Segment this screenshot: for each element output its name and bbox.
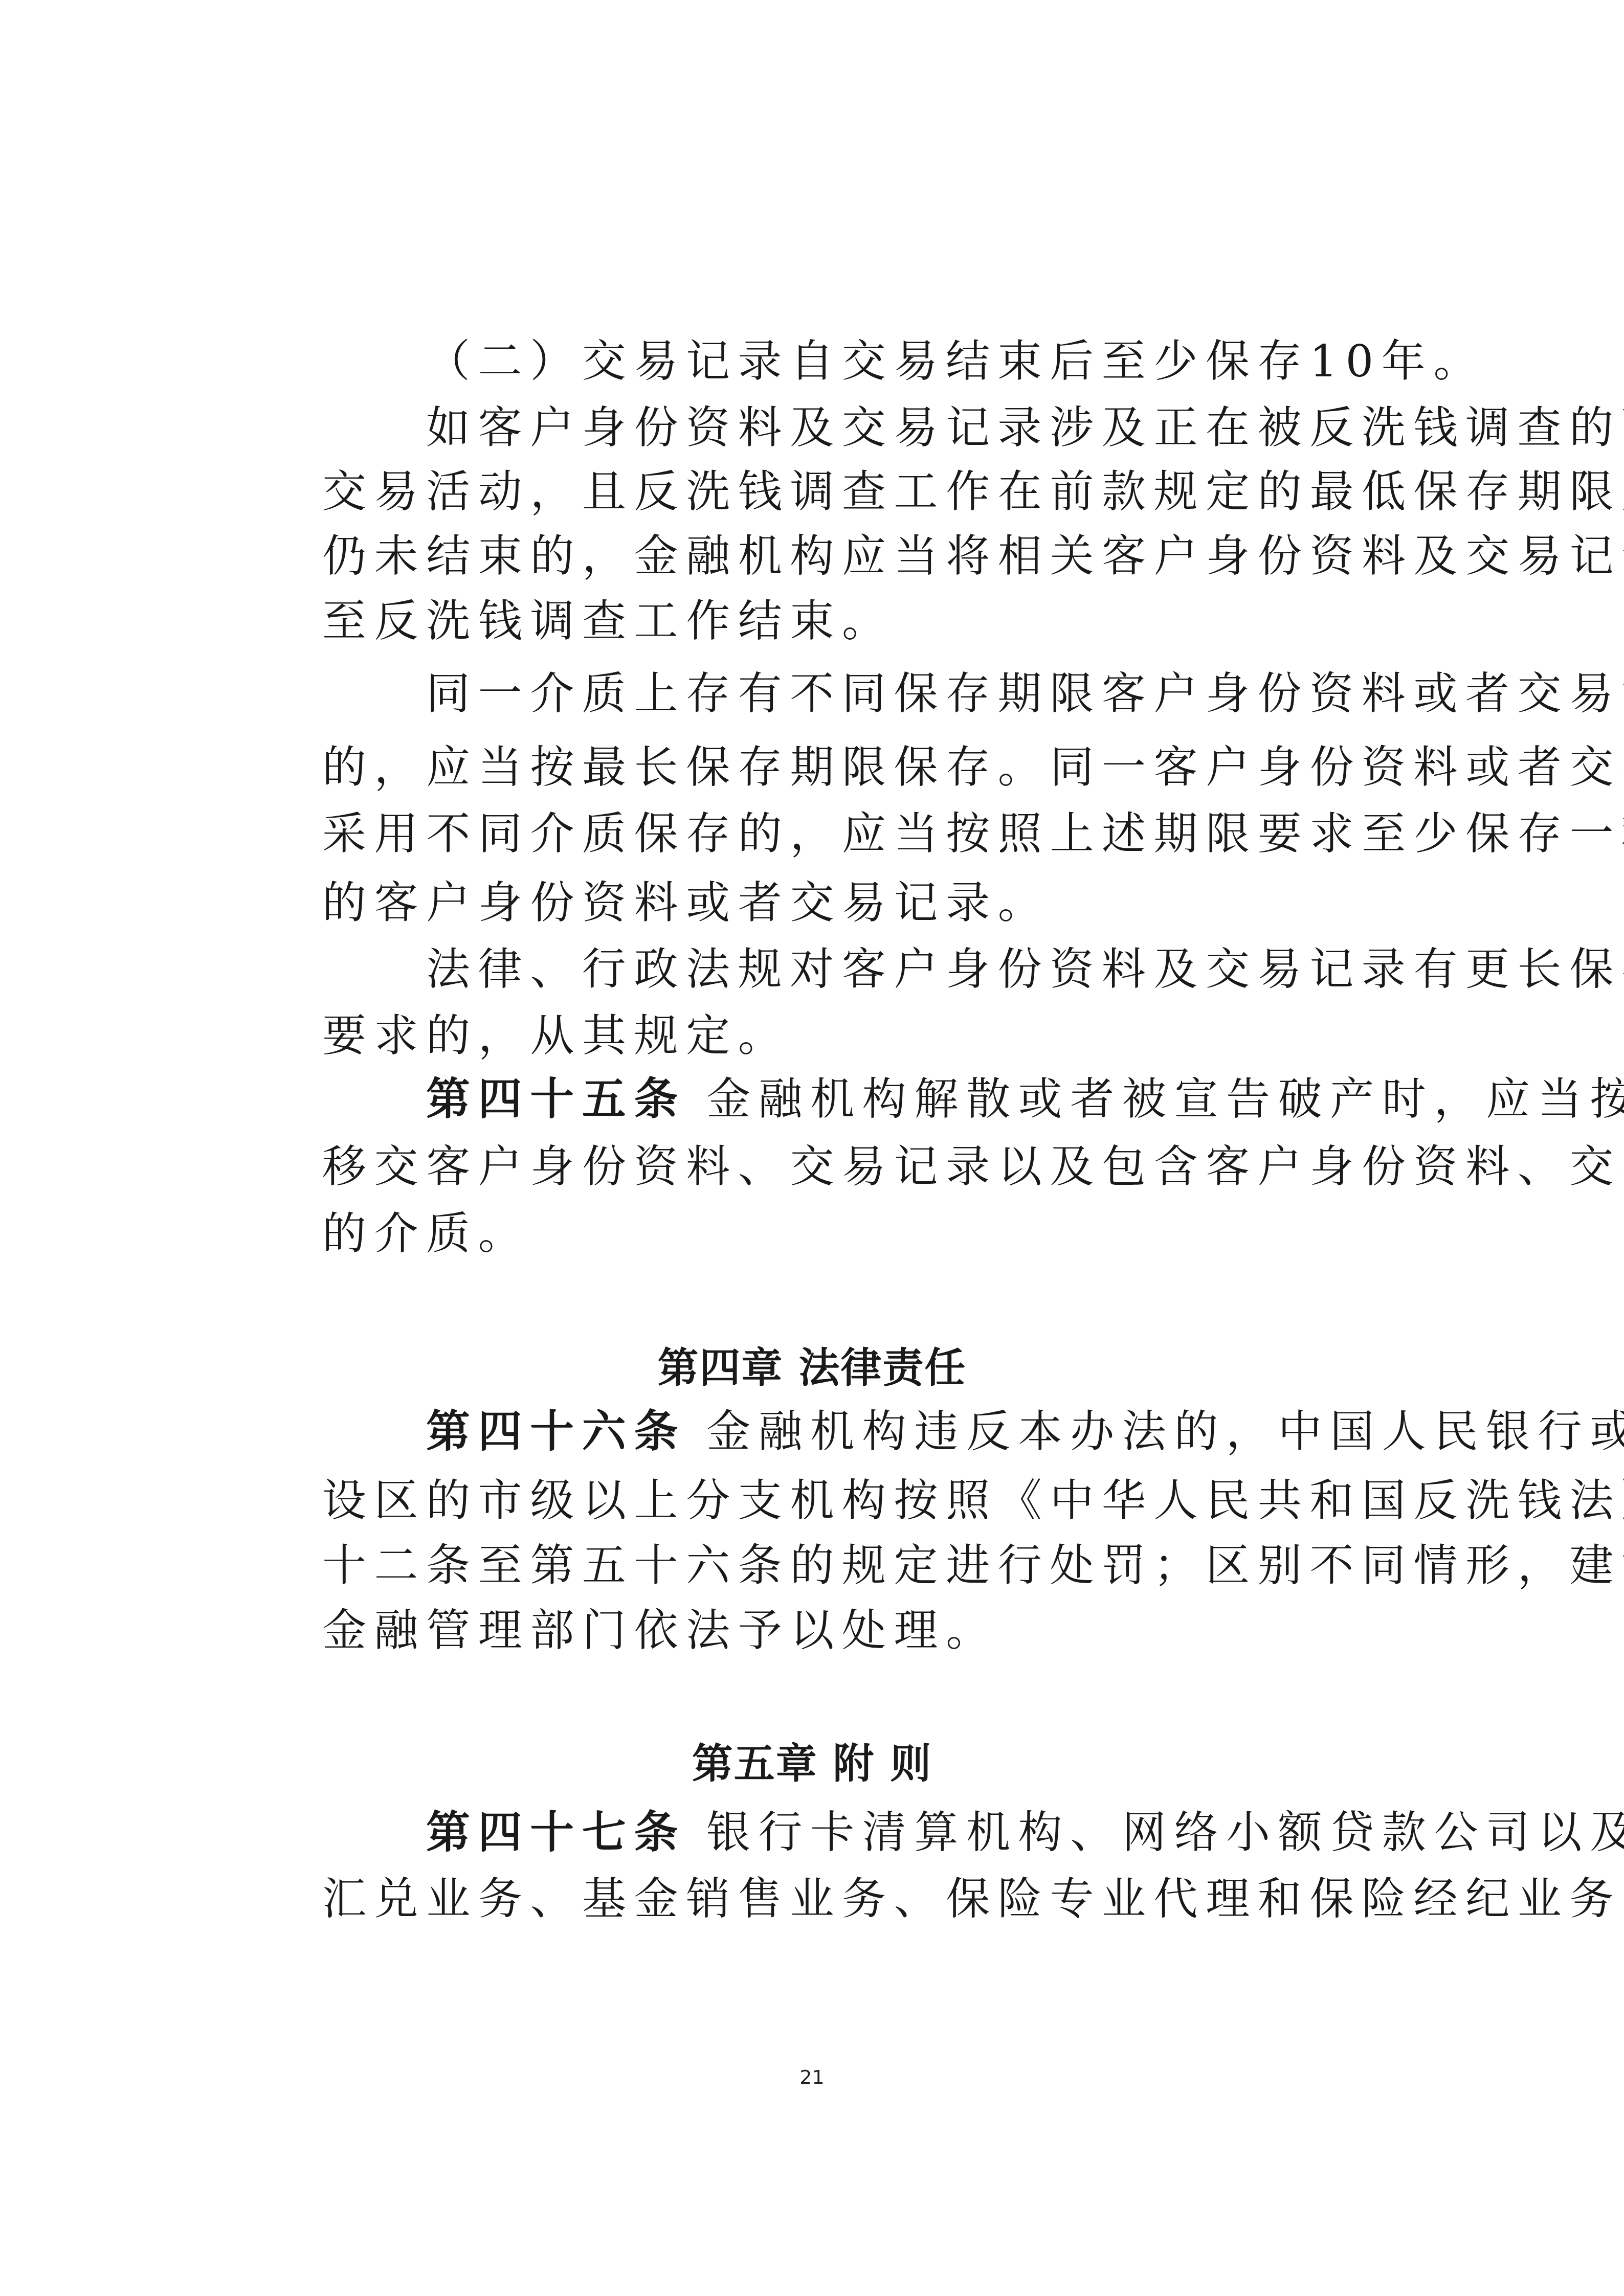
paragraph-line: 法律、行政法规对客户身份资料及交易记录有更长保存期限	[426, 937, 1312, 1002]
article-label: 第四十六条	[426, 1406, 686, 1457]
paragraph-line: 如客户身份资料及交易记录涉及正在被反洗钱调查的可疑	[426, 395, 1312, 461]
article-label: 第四十七条	[426, 1807, 686, 1858]
line-text: 汇兑业务、基金销售业务、保险专业代理和保险经纪业务的机构	[322, 1874, 1624, 1925]
paragraph-line: 的客户身份资料或者交易记录。	[322, 870, 1312, 936]
line-text: 金融机构解散或者被宣告破产时，应当按规定	[706, 1074, 1624, 1125]
paragraph-line: 至反洗钱调查工作结束。	[322, 589, 1312, 654]
line-text: 交易活动，且反洗钱调查工作在前款规定的最低保存期限届满时	[322, 466, 1624, 517]
paragraph-line: 的介质。	[322, 1201, 1312, 1267]
paragraph-line: 要求的，从其规定。	[322, 1003, 1312, 1069]
paragraph-line: 交易活动，且反洗钱调查工作在前款规定的最低保存期限届满时	[322, 459, 1312, 525]
paragraph-line: 金融管理部门依法予以处理。	[322, 1598, 1312, 1663]
line-text: （二）交易记录自交易结束后至少保存10年。	[426, 336, 1485, 387]
line-text: 十二条至第五十六条的规定进行处罚；区别不同情形，建议有关	[322, 1540, 1624, 1591]
paragraph-line: 汇兑业务、基金销售业务、保险专业代理和保险经纪业务的机构	[322, 1866, 1312, 1932]
paragraph-line: 仍未结束的，金融机构应当将相关客户身份资料及交易记录保存	[322, 524, 1312, 589]
line-text: 同一介质上存有不同保存期限客户身份资料或者交易记录	[426, 668, 1624, 719]
paragraph-line: 设区的市级以上分支机构按照《中华人民共和国反洗钱法》第五	[322, 1468, 1312, 1534]
article-46-line: 第四十六条金融机构违反本办法的，中国人民银行或者其	[426, 1399, 1312, 1465]
line-text: 至反洗钱调查工作结束。	[322, 596, 894, 647]
article-47-line: 第四十七条银行卡清算机构、网络小额贷款公司以及从事	[426, 1800, 1312, 1865]
line-text: 银行卡清算机构、网络小额贷款公司以及从事	[706, 1807, 1624, 1858]
line-text: 移交客户身份资料、交易记录以及包含客户身份资料、交易记录	[322, 1141, 1624, 1192]
line-text: 要求的，从其规定。	[322, 1010, 790, 1062]
line-text: 如客户身份资料及交易记录涉及正在被反洗钱调查的可疑	[426, 402, 1624, 454]
paragraph-line: 的，应当按最长保存期限保存。同一客户身份资料或者交易记录	[322, 735, 1312, 800]
line-text: 仍未结束的，金融机构应当将相关客户身份资料及交易记录保存	[322, 531, 1624, 582]
paragraph-line: 移交客户身份资料、交易记录以及包含客户身份资料、交易记录	[322, 1134, 1312, 1200]
line-text: 金融机构违反本办法的，中国人民银行或者其	[706, 1406, 1624, 1457]
line-text: 的，应当按最长保存期限保存。同一客户身份资料或者交易记录	[322, 742, 1624, 793]
paragraph-line: （二）交易记录自交易结束后至少保存10年。	[426, 329, 1312, 394]
paragraph-line: 同一介质上存有不同保存期限客户身份资料或者交易记录	[426, 661, 1312, 727]
paragraph-line: 十二条至第五十六条的规定进行处罚；区别不同情形，建议有关	[322, 1533, 1312, 1599]
chapter-heading: 第五章 附 则	[0, 1731, 1624, 1796]
line-text: 设区的市级以上分支机构按照《中华人民共和国反洗钱法》第五	[322, 1475, 1624, 1526]
line-text: 的客户身份资料或者交易记录。	[322, 877, 1050, 929]
paragraph-line: 采用不同介质保存的，应当按照上述期限要求至少保存一种介质	[322, 801, 1312, 867]
line-text: 的介质。	[322, 1208, 530, 1259]
document-page: （二）交易记录自交易结束后至少保存10年。 如客户身份资料及交易记录涉及正在被反…	[0, 0, 1624, 2296]
page-number: 21	[0, 2066, 1624, 2088]
line-text: 法律、行政法规对客户身份资料及交易记录有更长保存期限	[426, 944, 1624, 995]
article-label: 第四十五条	[426, 1074, 686, 1125]
line-text: 金融管理部门依法予以处理。	[322, 1605, 998, 1656]
line-text: 采用不同介质保存的，应当按照上述期限要求至少保存一种介质	[322, 808, 1624, 860]
chapter-heading: 第四章 法律责任	[0, 1335, 1624, 1401]
article-45-line: 第四十五条金融机构解散或者被宣告破产时，应当按规定	[426, 1067, 1312, 1132]
